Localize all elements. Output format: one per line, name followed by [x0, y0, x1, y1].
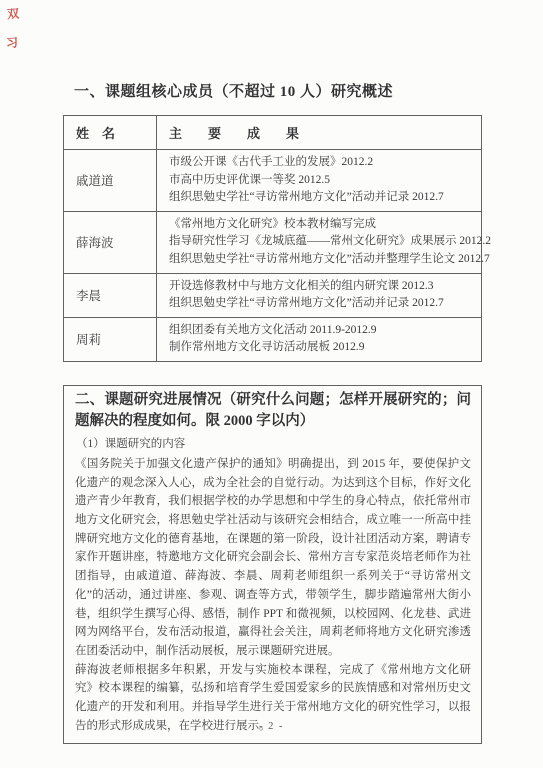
members-table-header-row: 姓 名 主 要 成 果 — [64, 116, 482, 150]
member-achievements: 组织团委有关地方文化活动 2011.9-2012.9 制作常州地方文化寻访活动展… — [157, 317, 482, 361]
achievement-line: 指导研究性学习《龙城底蕴——常州文化研究》成果展示 2012.2 — [169, 233, 479, 251]
document-page: 双 习 一、课题组核心成员（不超过 10 人）研究概述 姓 名 主 要 成 果 … — [0, 0, 543, 768]
section2-title: 二、课题研究进展情况（研究什么问题；怎样开展研究的；问题解决的程度如何。限 20… — [75, 390, 471, 432]
member-achievements: 《常州地方文化研究》校本教材编写完成 指导研究性学习《龙城底蕴——常州文化研究》… — [157, 211, 482, 273]
section2-box: 二、课题研究进展情况（研究什么问题；怎样开展研究的；问题解决的程度如何。限 20… — [63, 385, 482, 745]
red-annotation-mark-bottom: 习 — [5, 34, 18, 52]
member-row: 戚道道 市级公开课《古代手工业的发展》2012.2 市高中历史评优课一等奖 20… — [64, 150, 482, 212]
achievement-line: 组织思勉史学社“寻访常州地方文化”活动并记录 2012.7 — [169, 295, 479, 313]
section1-title: 一、课题组核心成员（不超过 10 人）研究概述 — [74, 80, 482, 101]
page-number: - 2 - — [0, 721, 543, 732]
member-name: 李晨 — [64, 273, 157, 317]
document-body: 一、课题组核心成员（不超过 10 人）研究概述 姓 名 主 要 成 果 戚道道 … — [63, 80, 482, 744]
achievement-line: 市级公开课《古代手工业的发展》2012.2 — [169, 154, 479, 172]
member-row: 薛海波 《常州地方文化研究》校本教材编写完成 指导研究性学习《龙城底蕴——常州文… — [64, 211, 482, 273]
member-achievements: 市级公开课《古代手工业的发展》2012.2 市高中历史评优课一等奖 2012.5… — [157, 150, 482, 212]
section2-subheading: （1）课题研究的内容 — [76, 436, 471, 452]
member-achievements: 开设选修教材中与地方文化相关的组内研究课 2012.3 组织思勉史学社“寻访常州… — [157, 273, 482, 317]
achievement-line: 《常州地方文化研究》校本教材编写完成 — [169, 216, 479, 234]
achievement-line: 制作常州地方文化寻访活动展板 2012.9 — [169, 339, 479, 357]
member-row: 周莉 组织团委有关地方文化活动 2011.9-2012.9 制作常州地方文化寻访… — [64, 317, 482, 361]
achievement-line: 市高中历史评优课一等奖 2012.5 — [169, 172, 479, 190]
achievement-line: 开设选修教材中与地方文化相关的组内研究课 2012.3 — [169, 278, 479, 296]
member-name: 戚道道 — [64, 150, 157, 212]
header-achievements: 主 要 成 果 — [157, 116, 482, 150]
members-table: 姓 名 主 要 成 果 戚道道 市级公开课《古代手工业的发展》2012.2 市高… — [63, 115, 482, 362]
header-name: 姓 名 — [64, 116, 157, 150]
member-name: 薛海波 — [64, 211, 157, 273]
achievement-line: 组织思勉史学社“寻访常州地方文化”活动并记录 2012.7 — [169, 189, 479, 207]
section2-paragraph-1: 《国务院关于加强文化遗产保护的通知》明确提出，到 2015 年，要使保护文化遗产… — [75, 455, 471, 661]
achievement-line: 组织思勉史学社“寻访常州地方文化”活动并整理学生论文 2012.7 — [169, 251, 479, 269]
member-row: 李晨 开设选修教材中与地方文化相关的组内研究课 2012.3 组织思勉史学社“寻… — [64, 273, 482, 317]
member-name: 周莉 — [64, 317, 157, 361]
achievement-line: 组织团委有关地方文化活动 2011.9-2012.9 — [169, 322, 479, 340]
red-annotation-mark-top: 双 — [6, 5, 19, 23]
